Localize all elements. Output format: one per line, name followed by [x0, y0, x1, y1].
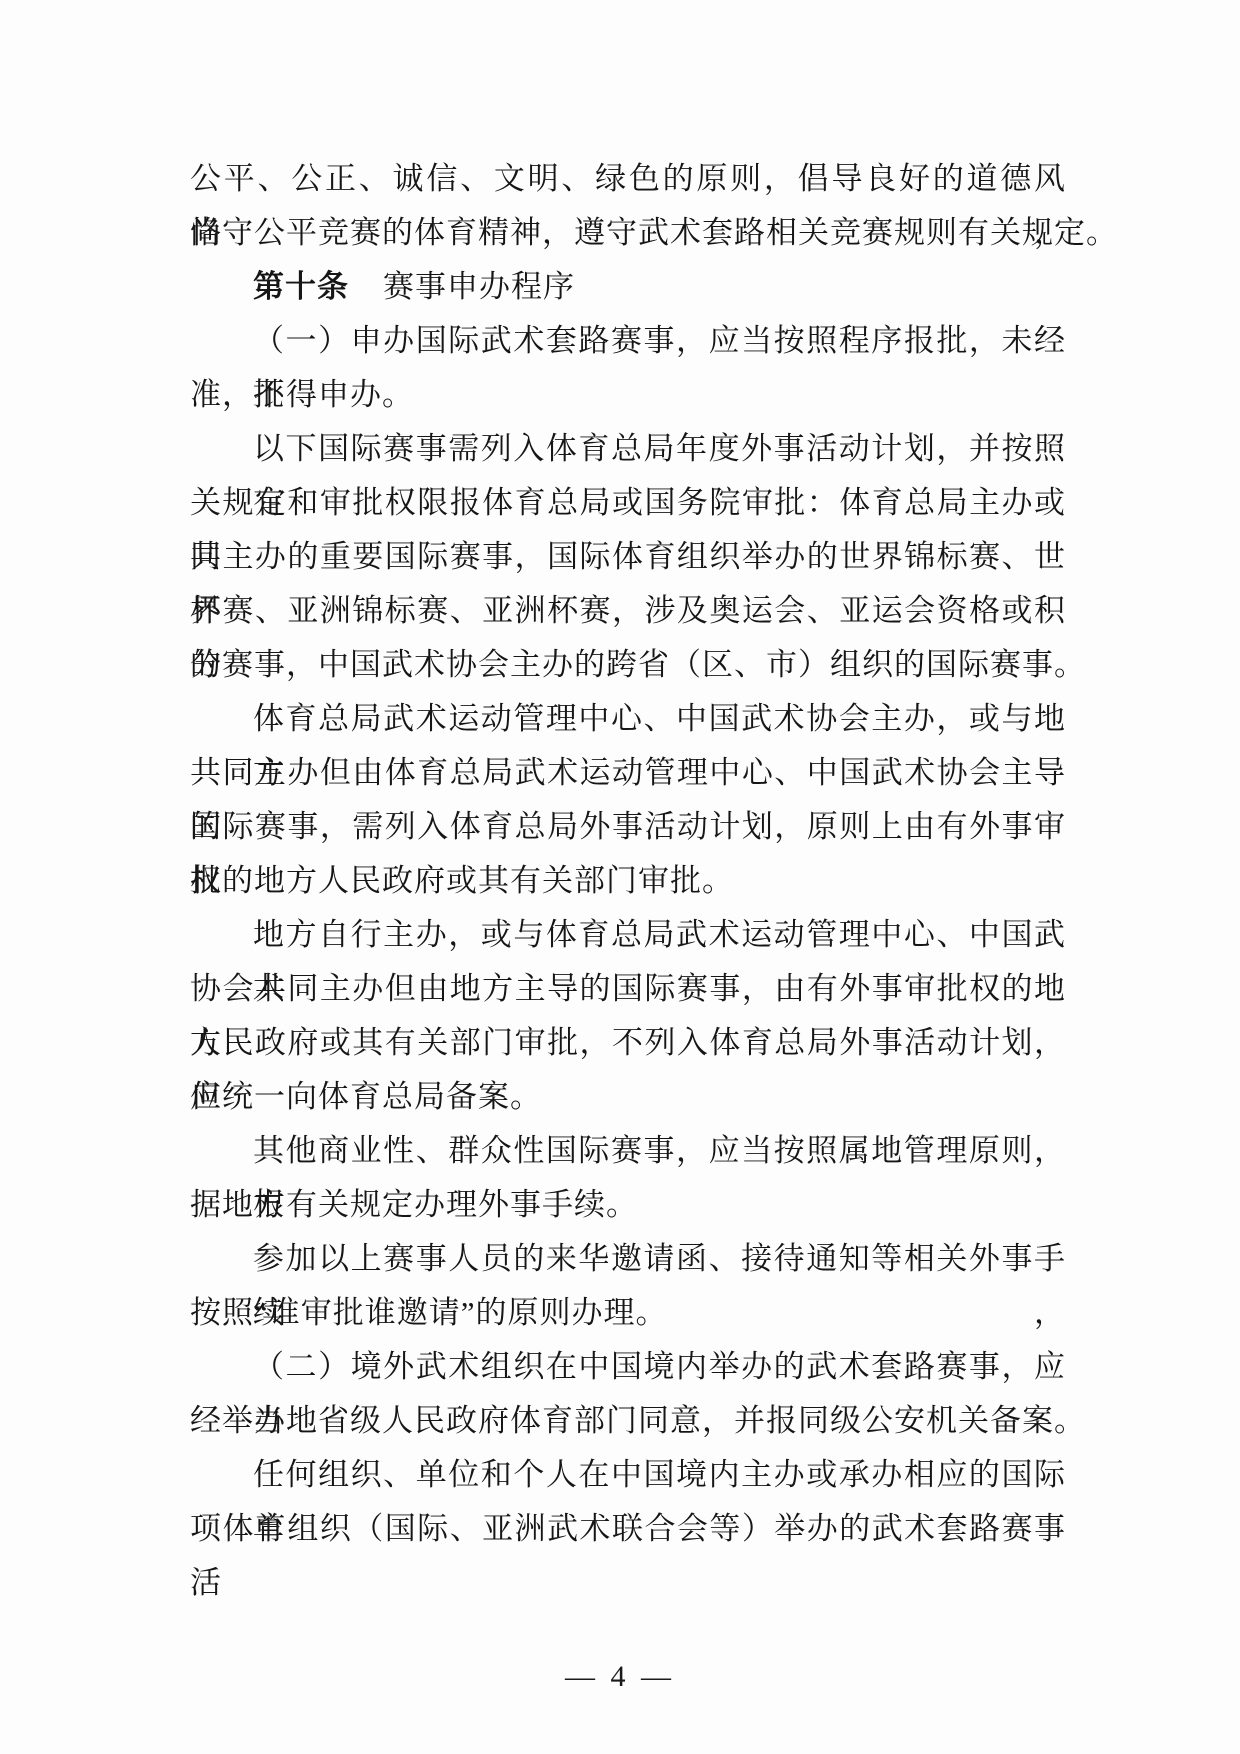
text-line: 关规定和审批权限报体育总局或国务院审批：体育总局主办或共 — [190, 476, 1066, 530]
text-line: 的赛事，中国武术协会主办的跨省（区、市）组织的国际赛事。 — [190, 638, 1066, 692]
text-line: （一）申办国际武术套路赛事，应当按照程序报批，未经批 — [190, 314, 1066, 368]
text-line: 共同主办但由体育总局武术运动管理中心、中国武术协会主导的 — [190, 746, 1066, 800]
text-line: （二）境外武术组织在中国境内举办的武术套路赛事，应当 — [190, 1340, 1066, 1394]
text-line: 国际赛事，需列入体育总局外事活动计划，原则上由有外事审批 — [190, 800, 1066, 854]
text-line: 准，不得申办。 — [190, 368, 1066, 422]
text-line: 其他商业性、群众性国际赛事，应当按照属地管理原则，根 — [190, 1124, 1066, 1178]
text-line: 杯赛、亚洲锦标赛、亚洲杯赛，涉及奥运会、亚运会资格或积分 — [190, 584, 1066, 638]
text-line: 权的地方人民政府或其有关部门审批。 — [190, 854, 1066, 908]
text-line: 任何组织、单位和个人在中国境内主办或承办相应的国际单 — [190, 1448, 1066, 1502]
article-number: 第十条 — [253, 269, 349, 304]
text-line: 公平、公正、诚信、文明、绿色的原则，倡导良好的道德风尚， — [190, 152, 1066, 206]
text-line: 以下国际赛事需列入体育总局年度外事活动计划，并按照有 — [190, 422, 1066, 476]
text-line: 地方自行主办，或与体育总局武术运动管理中心、中国武术 — [190, 908, 1066, 962]
text-line: 协会共同主办但由地方主导的国际赛事，由有外事审批权的地方 — [190, 962, 1066, 1016]
page-number: — 4 — — [0, 1650, 1240, 1704]
text-line: 应统一向体育总局备案。 — [190, 1070, 1066, 1124]
text-line: 据地方有关规定办理外事手续。 — [190, 1178, 1066, 1232]
text-line: 人民政府或其有关部门审批，不列入体育总局外事活动计划，但 — [190, 1016, 1066, 1070]
article-title: 赛事申办程序 — [383, 269, 575, 304]
document-page: 公平、公正、诚信、文明、绿色的原则，倡导良好的道德风尚，恪守公平竞赛的体育精神，… — [0, 0, 1240, 1754]
text-line: 参加以上赛事人员的来华邀请函、接待通知等相关外事手续， — [190, 1232, 1066, 1286]
text-line: 同主办的重要国际赛事，国际体育组织举办的世界锦标赛、世界 — [190, 530, 1066, 584]
text-line: 体育总局武术运动管理中心、中国武术协会主办，或与地方 — [190, 692, 1066, 746]
text-line: 经举办地省级人民政府体育部门同意，并报同级公安机关备案。 — [190, 1394, 1066, 1448]
text-line: 恪守公平竞赛的体育精神，遵守武术套路相关竞赛规则有关规定。 — [190, 206, 1066, 260]
article-heading: 第十条赛事申办程序 — [190, 260, 1066, 314]
document-content: 公平、公正、诚信、文明、绿色的原则，倡导良好的道德风尚，恪守公平竞赛的体育精神，… — [190, 152, 1066, 1556]
text-line: 项体育组织（国际、亚洲武术联合会等）举办的武术套路赛事活 — [190, 1502, 1066, 1556]
